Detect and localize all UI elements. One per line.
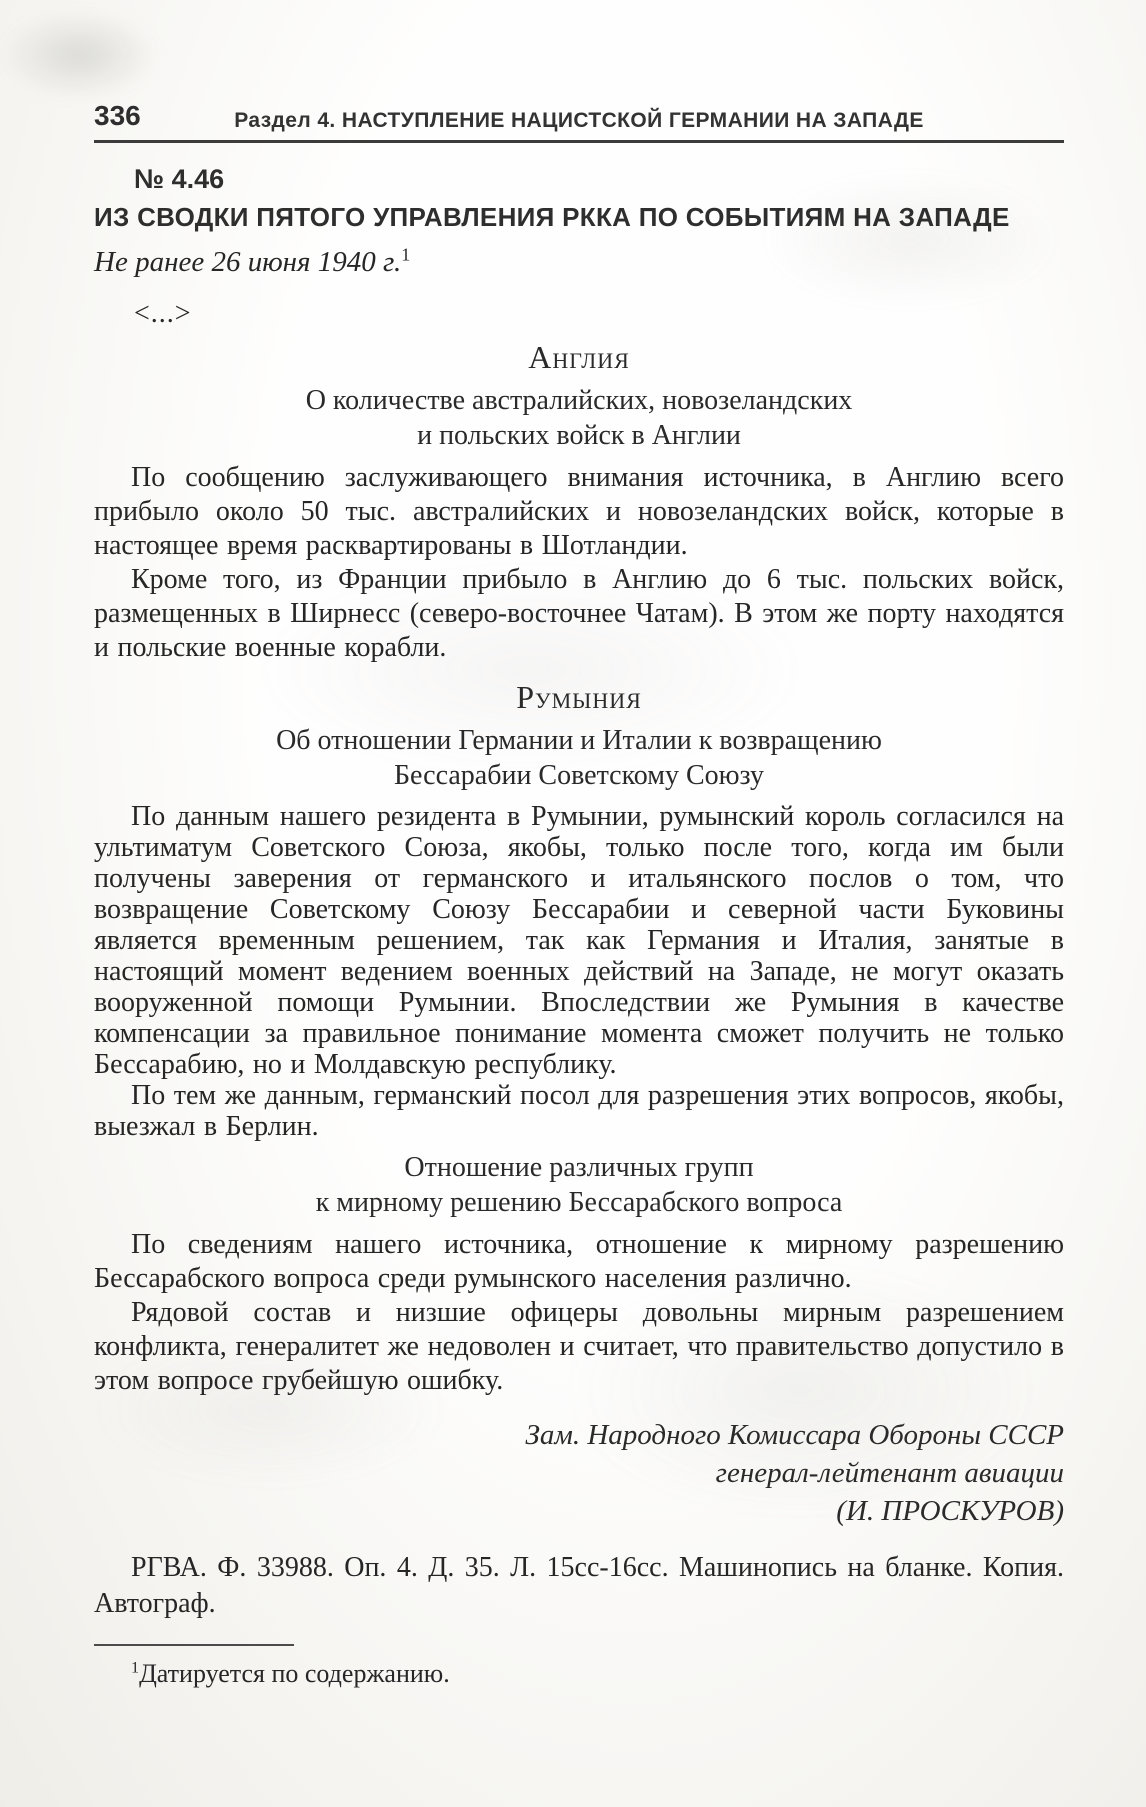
page-content: 336 Раздел 4. НАСТУПЛЕНИЕ НАЦИСТСКОЙ ГЕР… (94, 100, 1064, 1690)
document-title: ИЗ СВОДКИ ПЯТОГО УПРАВЛЕНИЯ РККА ПО СОБЫ… (94, 201, 1064, 233)
paragraph-attitude-2: Рядовой состав и низшие офицеры довольны… (94, 1296, 1064, 1398)
paragraph-romania-2: По тем же данным, германский посол для р… (94, 1080, 1064, 1142)
topic-title-line: к мирному решению Бессарабского вопроса (94, 1185, 1064, 1220)
running-header: 336 Раздел 4. НАСТУПЛЕНИЕ НАЦИСТСКОЙ ГЕР… (94, 100, 1064, 143)
signature-line-rank: генерал-лейтенант авиации (94, 1454, 1064, 1492)
topic-title-attitude-groups: Отношение различных групп к мирному реше… (94, 1150, 1064, 1220)
footnote-reference-mark: 1 (401, 244, 410, 264)
document-number: № 4.46 (134, 163, 1064, 195)
paragraph-england-1: По сообщению заслуживающего внимания ист… (94, 461, 1064, 563)
book-page: 336 Раздел 4. НАСТУПЛЕНИЕ НАЦИСТСКОЙ ГЕР… (0, 0, 1146, 1807)
topic-title-line: Отношение различных групп (94, 1150, 1064, 1185)
dateline-text: Не ранее 26 июня 1940 г. (94, 246, 401, 278)
page-number: 336 (94, 100, 141, 132)
running-header-title: Раздел 4. НАСТУПЛЕНИЕ НАЦИСТСКОЙ ГЕРМАНИ… (94, 100, 1064, 133)
topic-title-line: О количестве австралийских, новозеландск… (94, 383, 1064, 418)
topic-title-line: Бессарабии Советскому Союзу (94, 758, 1064, 793)
dateline: Не ранее 26 июня 1940 г.1 (94, 245, 1064, 279)
signature-line-position: Зам. Народного Комиссара Обороны СССР (94, 1416, 1064, 1454)
footnote-mark: 1 (131, 1659, 139, 1676)
section-heading-romania: Румыния (94, 679, 1064, 715)
footnote: 1Датируется по содержанию. (94, 1658, 1064, 1690)
topic-title-england-troops: О количестве австралийских, новозеландск… (94, 383, 1064, 453)
topic-title-line: Об отношении Германии и Италии к возвращ… (94, 723, 1064, 758)
paragraph-england-2: Кроме того, из Франции прибыло в Англию … (94, 563, 1064, 665)
document: № 4.46 ИЗ СВОДКИ ПЯТОГО УПРАВЛЕНИЯ РККА … (94, 163, 1064, 1690)
paragraph-romania-1: По данным нашего резидента в Румынии, ру… (94, 801, 1064, 1080)
topic-title-line: и польских войск в Англии (94, 418, 1064, 453)
footnote-text: Датируется по содержанию. (139, 1659, 450, 1688)
scan-artifact (0, 10, 160, 100)
signature-block: Зам. Народного Комиссара Обороны СССР ге… (94, 1416, 1064, 1530)
signature-line-name: (И. ПРОСКУРОВ) (94, 1492, 1064, 1530)
footnote-divider (94, 1644, 294, 1646)
archive-reference: РГВА. Ф. 33988. Оп. 4. Д. 35. Л. 15сс-16… (94, 1550, 1064, 1622)
topic-title-bessarabia-return: Об отношении Германии и Италии к возвращ… (94, 723, 1064, 793)
paragraph-attitude-1: По сведениям нашего источника, отношение… (94, 1228, 1064, 1296)
omission-mark: <...> (134, 299, 1064, 329)
section-heading-england: Англия (94, 339, 1064, 375)
